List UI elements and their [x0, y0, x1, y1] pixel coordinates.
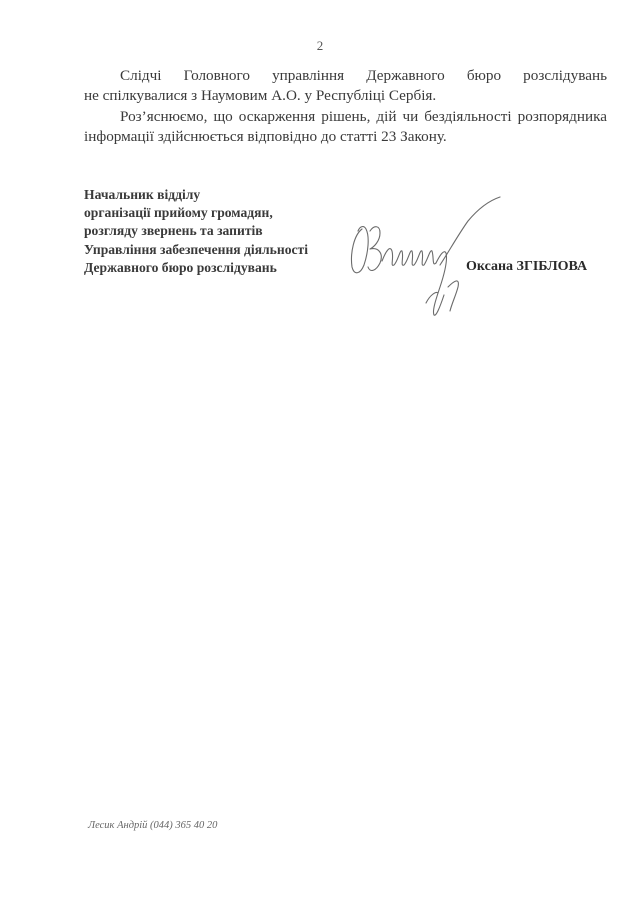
position-line-1: Начальник відділу	[84, 186, 308, 204]
position-line-3: розгляду звернень та запитів	[84, 222, 308, 240]
paragraph-1: Слідчі Головного управління Державного б…	[84, 66, 607, 86]
position-line-2: організації прийому громадян,	[84, 204, 308, 222]
paragraph-1-line-1: Слідчі Головного управління Державного б…	[84, 66, 607, 86]
paragraph-2-rest: інформації здійснюється відповідно до ст…	[84, 127, 607, 147]
paragraph-1-rest: не спілкувалися з Наумовим А.О. у Респуб…	[84, 86, 607, 106]
position-line-4: Управління забезпечення діяльності	[84, 241, 308, 259]
signature-position-block: Начальник відділу організації прийому гр…	[84, 186, 308, 277]
signer-name: Оксана ЗГІБЛОВА	[466, 259, 587, 275]
position-line-5: Державного бюро розслідувань	[84, 259, 308, 277]
footer-contact: Лесик Андрій (044) 365 40 20	[88, 820, 217, 831]
document-body: Слідчі Головного управління Державного б…	[84, 66, 607, 147]
page-number: 2	[0, 38, 640, 54]
paragraph-2: Роз’яснюємо, що оскарження рішень, дій ч…	[84, 107, 607, 127]
paragraph-2-line-1: Роз’яснюємо, що оскарження рішень, дій ч…	[84, 107, 607, 127]
